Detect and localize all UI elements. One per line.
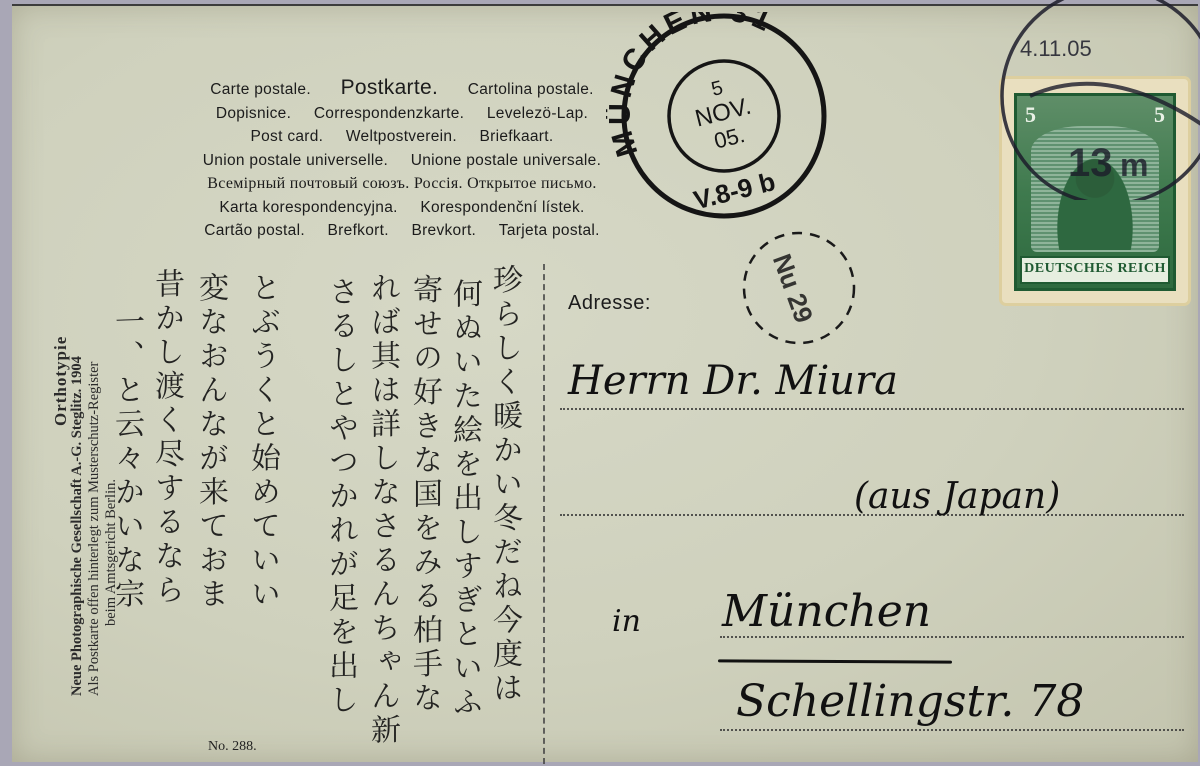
message-column: 変なおんなが来ておま xyxy=(188,271,232,613)
svg-text:Nu 29: Nu 29 xyxy=(767,250,819,327)
address-line-dots xyxy=(560,408,1184,410)
recipient-city: München xyxy=(722,586,931,637)
postcard-header: Carte postale. Postkarte. Cartolina post… xyxy=(112,76,692,243)
header-text: Tarjeta postal. xyxy=(499,222,600,239)
message-column: れば其は詳しなさるんちゃん新 xyxy=(360,271,404,749)
message-column: 寄せの好きな国をみる柏手な xyxy=(402,273,446,717)
message-column: 昔かし渡く尽するなら xyxy=(144,267,188,609)
header-text: Post card. xyxy=(251,128,324,145)
recipient-origin: (aus Japan) xyxy=(854,476,1060,517)
svg-text:5: 5 xyxy=(709,77,725,101)
header-line-7: Cartão postal. Brefkort. Brevkort. Tarje… xyxy=(112,219,692,243)
publisher-title: Orthotypie xyxy=(52,336,69,696)
card-number: No. 288. xyxy=(208,739,257,755)
header-line-6: Karta korespondencyjna. Korespondenční l… xyxy=(112,196,692,220)
recipient-name: Herrn Dr. Miura xyxy=(568,358,898,404)
postmark-munich: MÜNCHEN31 5 NOV. 05. V.8-9 b xyxy=(606,12,842,222)
header-text: Cartão postal. xyxy=(204,222,305,239)
svg-text:MÜNCHEN31: MÜNCHEN31 xyxy=(606,12,779,160)
header-text: Brefkort. xyxy=(328,222,389,239)
stamp-country: DEUTSCHES REICH xyxy=(1020,256,1170,284)
header-text: Weltpostverein. xyxy=(346,128,457,145)
message-column: 一、と云々かいな宗 xyxy=(104,305,148,613)
header-text: Correspondenzkarte. xyxy=(314,105,464,122)
svg-text:13: 13 xyxy=(1068,141,1113,185)
address-label: Adresse: xyxy=(568,292,651,315)
message-column: さるしとやつかれが足を出し xyxy=(318,275,362,719)
header-line-5: Всемірный почтовый союзъ. Россія. Открыт… xyxy=(112,172,692,196)
header-text: Unione postale universale. xyxy=(411,152,601,169)
header-line-3: Post card. Weltpostverein. Briefkaart. xyxy=(112,125,692,149)
header-text: Cartolina postale. xyxy=(468,81,594,98)
postkarte-title: Postkarte. xyxy=(341,76,439,99)
address-line-dots xyxy=(720,729,1184,731)
message-column: とぶうくと始めていい xyxy=(240,271,284,613)
header-text: Korespondenční lístek. xyxy=(420,199,584,216)
city-underline xyxy=(718,659,952,663)
publisher-line: Als Postkarte offen hinterlegt zum Muste… xyxy=(86,336,103,696)
svg-text:4.11.05: 4.11.05 xyxy=(1020,36,1092,61)
message-address-divider xyxy=(543,264,545,764)
publisher-line: Neue Photographische Gesellschaft A.-G. … xyxy=(69,336,86,696)
postmark-stamp-cancel: 4.11.05 13 m xyxy=(990,0,1200,200)
header-text: Brevkort. xyxy=(411,222,476,239)
header-text: Briefkaart. xyxy=(480,128,554,145)
header-text: Carte postale. xyxy=(210,81,311,98)
header-text: Levelezö-Lap. xyxy=(487,105,588,122)
header-line-4: Union postale universelle. Unione postal… xyxy=(112,149,692,173)
message-column: 何ぬいた絵を出しすぎといふ xyxy=(442,277,486,721)
svg-text:m: m xyxy=(1120,147,1148,183)
postmark-arrival: Nu 29 xyxy=(734,226,864,351)
message-column: 珍らしく暖かい冬だね今度は xyxy=(482,263,526,707)
header-text: Dopisnice. xyxy=(216,105,291,122)
header-text: Union postale universelle. xyxy=(203,152,388,169)
postcard: Carte postale. Postkarte. Cartolina post… xyxy=(12,4,1198,762)
header-text-cyrillic: Всемірный почтовый союзъ. Россія. Открыт… xyxy=(207,175,596,192)
header-text: Karta korespondencyjna. xyxy=(219,199,397,216)
address-prefix-in: in xyxy=(612,604,641,639)
header-line-2: Dopisnice. Correspondenzkarte. Levelezö-… xyxy=(112,102,692,126)
header-line-1: Carte postale. Postkarte. Cartolina post… xyxy=(112,76,692,102)
recipient-street: Schellingstr. 78 xyxy=(736,676,1084,727)
